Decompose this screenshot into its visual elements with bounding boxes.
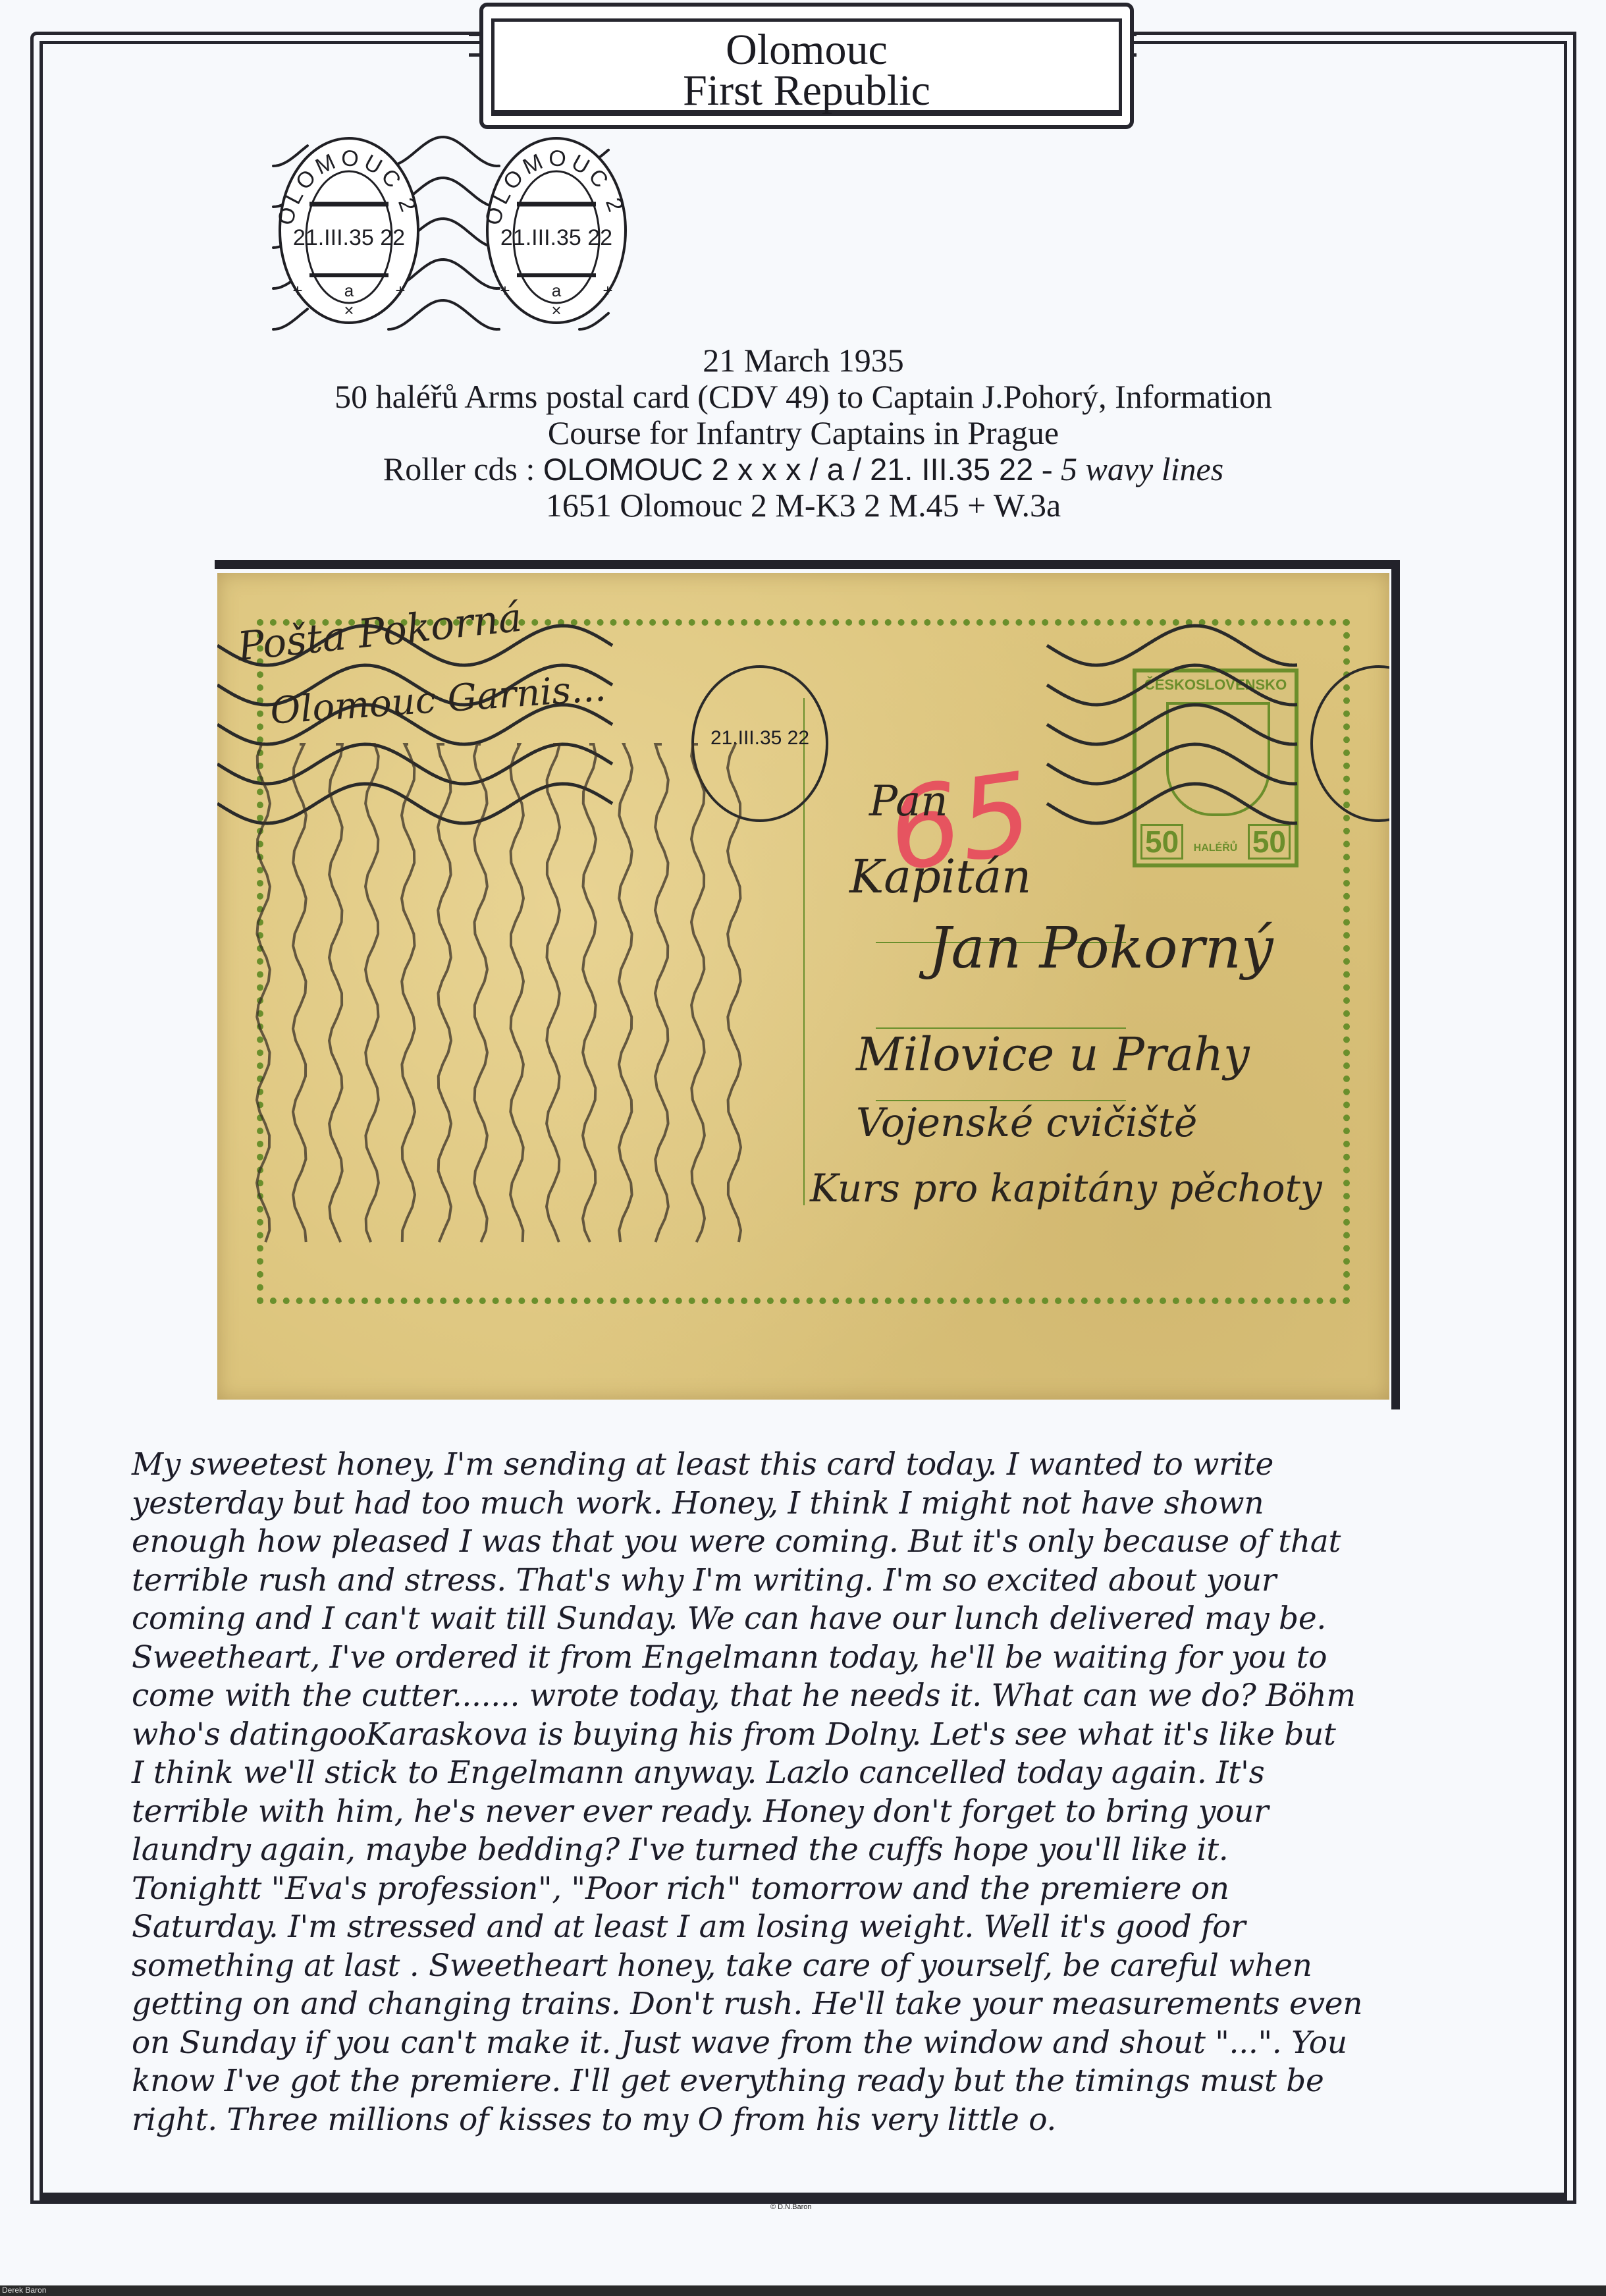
svg-text:a: a	[344, 281, 354, 300]
translation-line: terrible with him, he's never ever ready…	[132, 1793, 1514, 1832]
svg-text:+: +	[395, 281, 405, 300]
translation-line: come with the cutter....... wrote today,…	[132, 1677, 1514, 1716]
copyright-notice: © D.N.Baron	[770, 2203, 812, 2211]
page-subtitle: First Republic	[495, 70, 1119, 111]
translation-line: enough how pleased I was that you were c…	[132, 1523, 1514, 1562]
address-line-5: Vojenské cvičiště	[856, 1100, 1197, 1146]
address-line-3: Jan Pokorný	[928, 916, 1273, 981]
cancel-text: OLOMOUC 2 x x x / a / 21. III.35 22	[543, 452, 1033, 487]
address-line-1: Pan	[869, 777, 948, 826]
svg-text:×: ×	[551, 300, 561, 320]
cancel-line: Roller cds : OLOMOUC 2 x x x / a / 21. I…	[171, 451, 1435, 487]
cancel-prefix: Roller cds :	[383, 451, 543, 487]
svg-text:+: +	[500, 281, 510, 300]
card-mount-top	[215, 560, 1400, 569]
author-credit: Derek Baron	[2, 2285, 46, 2295]
svg-text:+: +	[602, 281, 612, 300]
translation-line: getting on and changing trains. Don't ru…	[132, 1985, 1514, 2024]
message-handwriting	[244, 731, 770, 1258]
svg-text:×: ×	[344, 300, 354, 320]
translation-line: know I've got the premiere. I'll get eve…	[132, 2062, 1514, 2101]
translation-line: laundry again, maybe bedding? I've turne…	[132, 1831, 1514, 1870]
page-title: Olomouc	[495, 30, 1119, 70]
card-line-1: 50 haléřů Arms postal card (CDV 49) to C…	[171, 379, 1435, 415]
translation-line: right. Three millions of kisses to my O …	[132, 2101, 1514, 2140]
svg-text:a: a	[552, 281, 562, 300]
svg-text:21.III.35 22: 21.III.35 22	[500, 225, 612, 250]
translation-line: coming and I can't wait till Sunday. We …	[132, 1600, 1514, 1639]
catalogue-line: 1651 Olomouc 2 M-K3 2 M.45 + W.3a	[171, 487, 1435, 524]
title-cartouche: Olomouc First Republic	[479, 3, 1134, 129]
roller-postmark-illustration: 21.III.35 22 a × + + OLOMOUC 2 21.III.35…	[263, 119, 1350, 349]
translation-line: Tonightt "Eva's profession", "Poor rich"…	[132, 1870, 1514, 1909]
translation-line: on Sunday if you can't make it. Just wav…	[132, 2024, 1514, 2063]
date-line: 21 March 1935	[171, 342, 1435, 379]
card-mount-right	[1391, 560, 1400, 1409]
address-line-4: Milovice u Prahy	[856, 1027, 1250, 1081]
title-ribbon-left	[469, 33, 479, 57]
translation-line: Saturday. I'm stressed and at least I am…	[132, 1908, 1514, 1947]
item-description: 21 March 1935 50 haléřů Arms postal card…	[171, 342, 1435, 524]
translation-line: My sweetest honey, I'm sending at least …	[132, 1446, 1514, 1485]
letter-translation: My sweetest honey, I'm sending at least …	[132, 1446, 1514, 2139]
translation-line: I think we'll stick to Engelmann anyway.…	[132, 1754, 1514, 1793]
translation-line: Sweetheart, I've ordered it from Engelma…	[132, 1639, 1514, 1678]
translation-line: terrible rush and stress. That's why I'm…	[132, 1562, 1514, 1600]
address-line-6: Kurs pro kapitány pěchoty	[810, 1166, 1322, 1211]
footer-bar	[0, 2285, 1606, 2296]
translation-line: who's datingooKaraskova is buying his fr…	[132, 1716, 1514, 1755]
svg-text:21.III.35 22: 21.III.35 22	[293, 225, 405, 250]
svg-text:+: +	[292, 281, 302, 300]
postal-card-image: ČESKOSLOVENSKO 50 HALÉŘŮ 50 21.III.35 22…	[217, 573, 1389, 1400]
translation-line: yesterday but had too much work. Honey, …	[132, 1485, 1514, 1523]
translation-line: something at last . Sweetheart honey, ta…	[132, 1947, 1514, 1986]
cancel-note: - 5 wavy lines	[1033, 451, 1223, 487]
address-line-2: Kapitán	[849, 850, 1031, 904]
card-line-2: Course for Infantry Captains in Prague	[171, 415, 1435, 451]
